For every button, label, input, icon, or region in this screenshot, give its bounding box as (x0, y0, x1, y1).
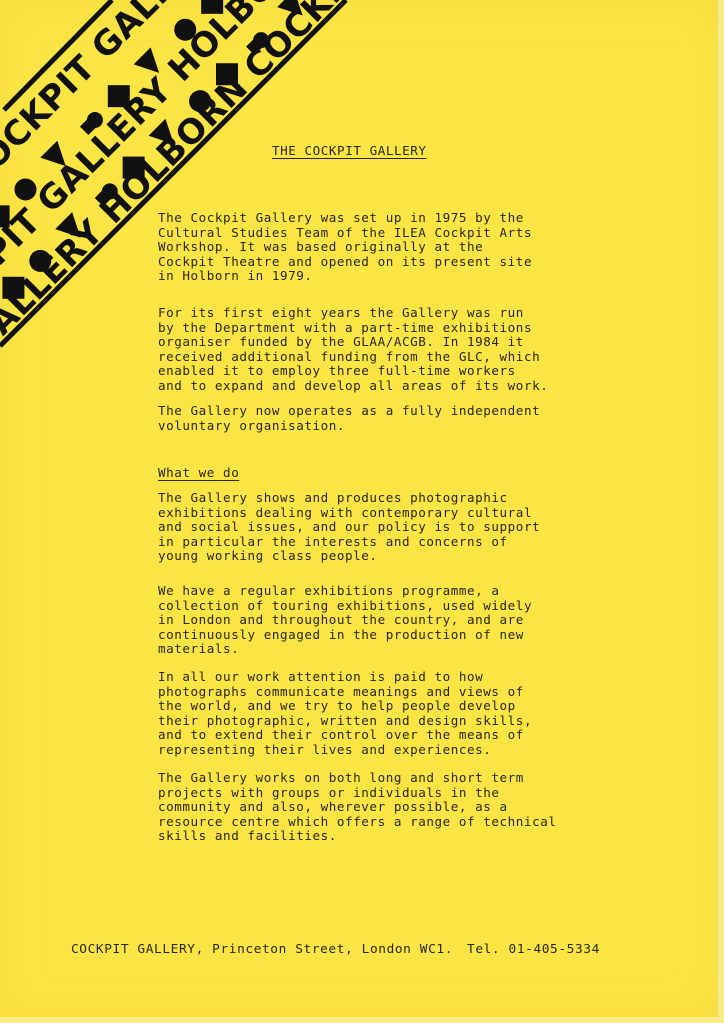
intro-paragraph-3: The Gallery now operates as a fully inde… (158, 404, 540, 433)
scan-edge-bottom (0, 1017, 724, 1023)
what-we-do-paragraph-1: The Gallery shows and produces photograp… (158, 491, 540, 564)
scan-edge-right (718, 0, 724, 1023)
what-we-do-paragraph-3: In all our work attention is paid to how… (158, 670, 532, 758)
what-we-do-paragraph-4: The Gallery works on both long and short… (158, 771, 556, 844)
footer-phone: Tel. 01-405-5334 (467, 942, 600, 957)
intro-paragraph-1: The Cockpit Gallery was set up in 1975 b… (158, 211, 532, 284)
document-title: THE COCKPIT GALLERY (272, 143, 427, 158)
intro-paragraph-2: For its first eight years the Gallery wa… (158, 306, 548, 394)
section-heading-what-we-do: What we do (158, 465, 239, 480)
what-we-do-paragraph-2: We have a regular exhibitions programme,… (158, 584, 532, 657)
footer-address: COCKPIT GALLERY, Princeton Street, Londo… (71, 942, 453, 957)
footer-contact: COCKPIT GALLERY, Princeton Street, Londo… (71, 942, 600, 957)
